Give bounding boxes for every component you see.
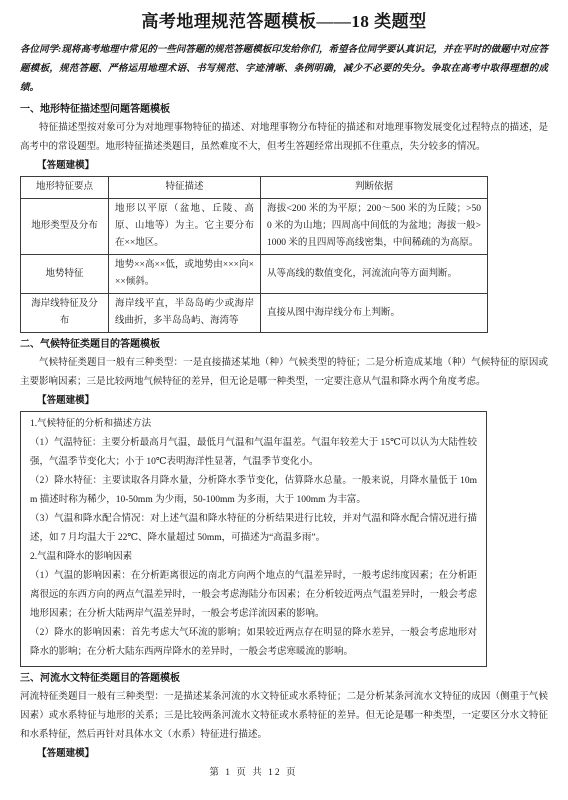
table-row: 地形类型及分布 地形以平原（盆地、丘陵、高原、山地等）为主。它主要分布在××地区… <box>21 199 488 255</box>
document-title: 高考地理规范答题模板——18 类题型 <box>20 10 548 33</box>
landform-feature-table: 地形特征要点 特征描述 判断依据 地形类型及分布 地形以平原（盆地、丘陵、高原、… <box>20 176 488 333</box>
cell-desc: 地势××高××低，或地势由×××向×××倾斜。 <box>109 255 261 294</box>
intro-paragraph: 各位同学:现将高考地理中常见的一些问答题的规范答题模板印发给你们，希望各位同学要… <box>20 41 548 98</box>
answer-model-label-1: 【答题建模】 <box>37 160 548 173</box>
section-2-heading: 二、气候特征类题目的答题模板 <box>20 338 548 351</box>
answer-model-label-2: 【答题建模】 <box>37 395 548 408</box>
cell-point: 地势特征 <box>21 255 109 294</box>
box-paragraph: 2.气温和降水的影响因素 <box>30 548 477 567</box>
table-header-desc: 特征描述 <box>109 177 261 199</box>
answer-model-box: 1.气候特征的分析和描述方法 （1）气温特征：主要分析最高月气温，最低月气温和气… <box>20 411 487 667</box>
section-2-paragraph: 气候特征类题目一般有三种类型：一是直接描述某地（种）气候类型的特征；二是分析造成… <box>20 354 548 392</box>
table-row: 地势特征 地势××高××低，或地势由×××向×××倾斜。 从等高线的数值变化，河… <box>21 255 488 294</box>
cell-point: 地形类型及分布 <box>21 199 109 255</box>
cell-desc: 海岸线平直，半岛岛屿少或海岸线曲折，多半岛岛屿、海湾等 <box>109 294 261 333</box>
box-paragraph: （1）气温的影响因素：在分析距离很远的南北方向两个地点的气温差异时，一般考虑纬度… <box>30 567 477 624</box>
box-paragraph: （1）气温特征：主要分析最高月气温，最低月气温和气温年温差。气温年较差大于 15… <box>30 434 477 472</box>
box-paragraph: （2）降水特征：主要读取各月降水量，分析降水季节变化，估算降水总量。一般来说，月… <box>30 472 477 510</box>
table-header-basis: 判断依据 <box>261 177 488 199</box>
section-1-paragraph: 特征描述型按对象可分为对地理事物特征的描述、对地理事物分布特征的描述和对地理事物… <box>20 119 548 157</box>
cell-basis: 海拔<200 米的为平原；200～500 米的为丘陵；>500 米的为山地；四周… <box>261 199 488 255</box>
page-footer: 第 1 页 共 12 页 <box>20 764 487 778</box>
cell-basis: 直接从图中海岸线分布上判断。 <box>261 294 488 333</box>
answer-model-label-3: 【答题建模】 <box>37 748 548 761</box>
section-1-heading: 一、地形特征描述型问题答题模板 <box>20 103 548 116</box>
cell-point: 海岸线特征及分布 <box>21 294 109 333</box>
cell-basis: 从等高线的数值变化，河流流向等方面判断。 <box>261 255 488 294</box>
cell-desc: 地形以平原（盆地、丘陵、高原、山地等）为主。它主要分布在××地区。 <box>109 199 261 255</box>
table-row: 海岸线特征及分布 海岸线平直，半岛岛屿少或海岸线曲折，多半岛岛屿、海湾等 直接从… <box>21 294 488 333</box>
table-header-point: 地形特征要点 <box>21 177 109 199</box>
box-paragraph: （2）降水的影响因素：首先考虑大气环流的影响；如果较近两点存在明显的降水差异，一… <box>30 624 477 662</box>
table-header-row: 地形特征要点 特征描述 判断依据 <box>21 177 488 199</box>
section-3-heading: 三、河流水文特征类题目的答题模板 <box>20 672 548 685</box>
box-paragraph: 1.气候特征的分析和描述方法 <box>30 415 477 434</box>
box-paragraph: （3）气温和降水配合情况：对上述气温和降水特征的分析结果进行比较，并对气温和降水… <box>30 510 477 548</box>
document-page: 高考地理规范答题模板——18 类题型 各位同学:现将高考地理中常见的一些问答题的… <box>0 0 568 800</box>
section-3-paragraph: 河流特征类题目一般有三种类型：一是描述某条河流的水文特征或水系特征；二是分析某条… <box>20 688 548 745</box>
